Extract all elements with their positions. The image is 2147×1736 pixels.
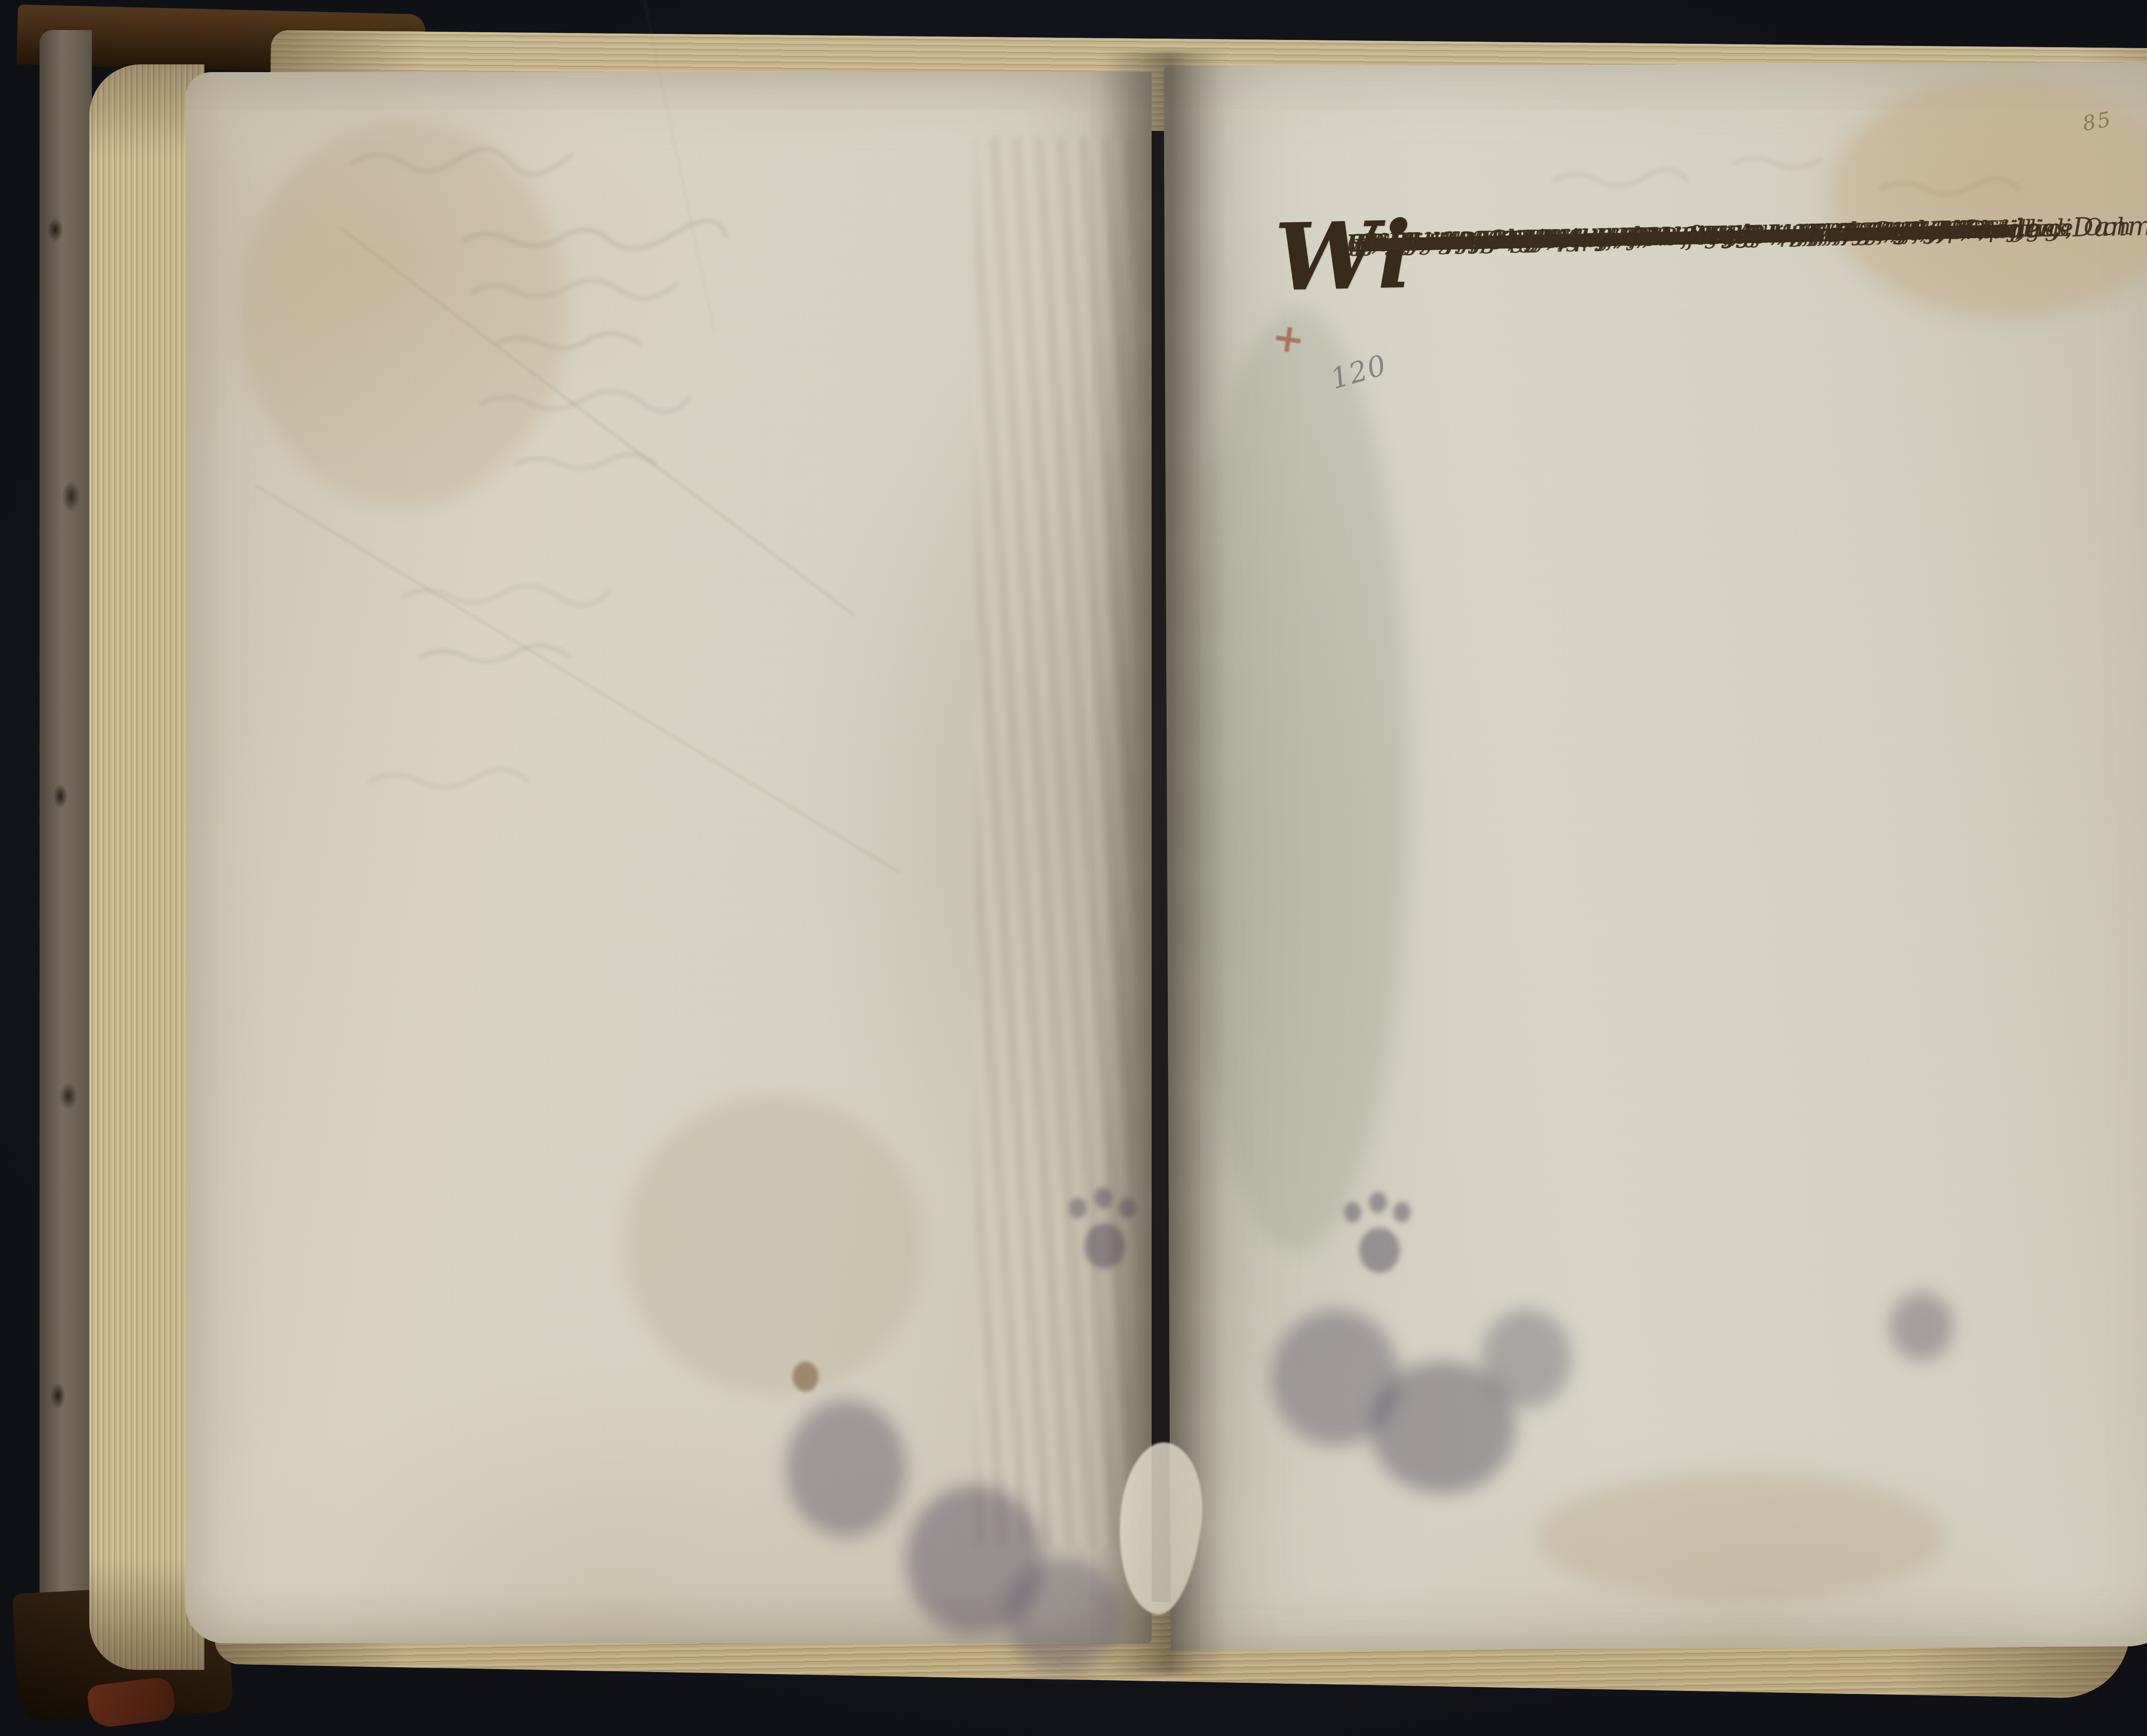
manuscript-text-block: Wi Christian den fierde . med Gudz Naade…: [1282, 204, 2147, 1404]
gutter-shadow: [1102, 52, 1226, 1674]
foxing-spot: [793, 1362, 818, 1392]
book-cover-left-marbled-edge: [40, 30, 92, 1696]
water-stain: [623, 1095, 923, 1395]
manuscript-photo: 85 120 + Wi Christian den fierde . med G…: [0, 0, 2147, 1736]
water-stain: [240, 120, 567, 507]
page-number: 85: [2081, 107, 2114, 136]
water-stain: [1537, 1472, 1945, 1601]
ink-stain: [786, 1399, 906, 1537]
